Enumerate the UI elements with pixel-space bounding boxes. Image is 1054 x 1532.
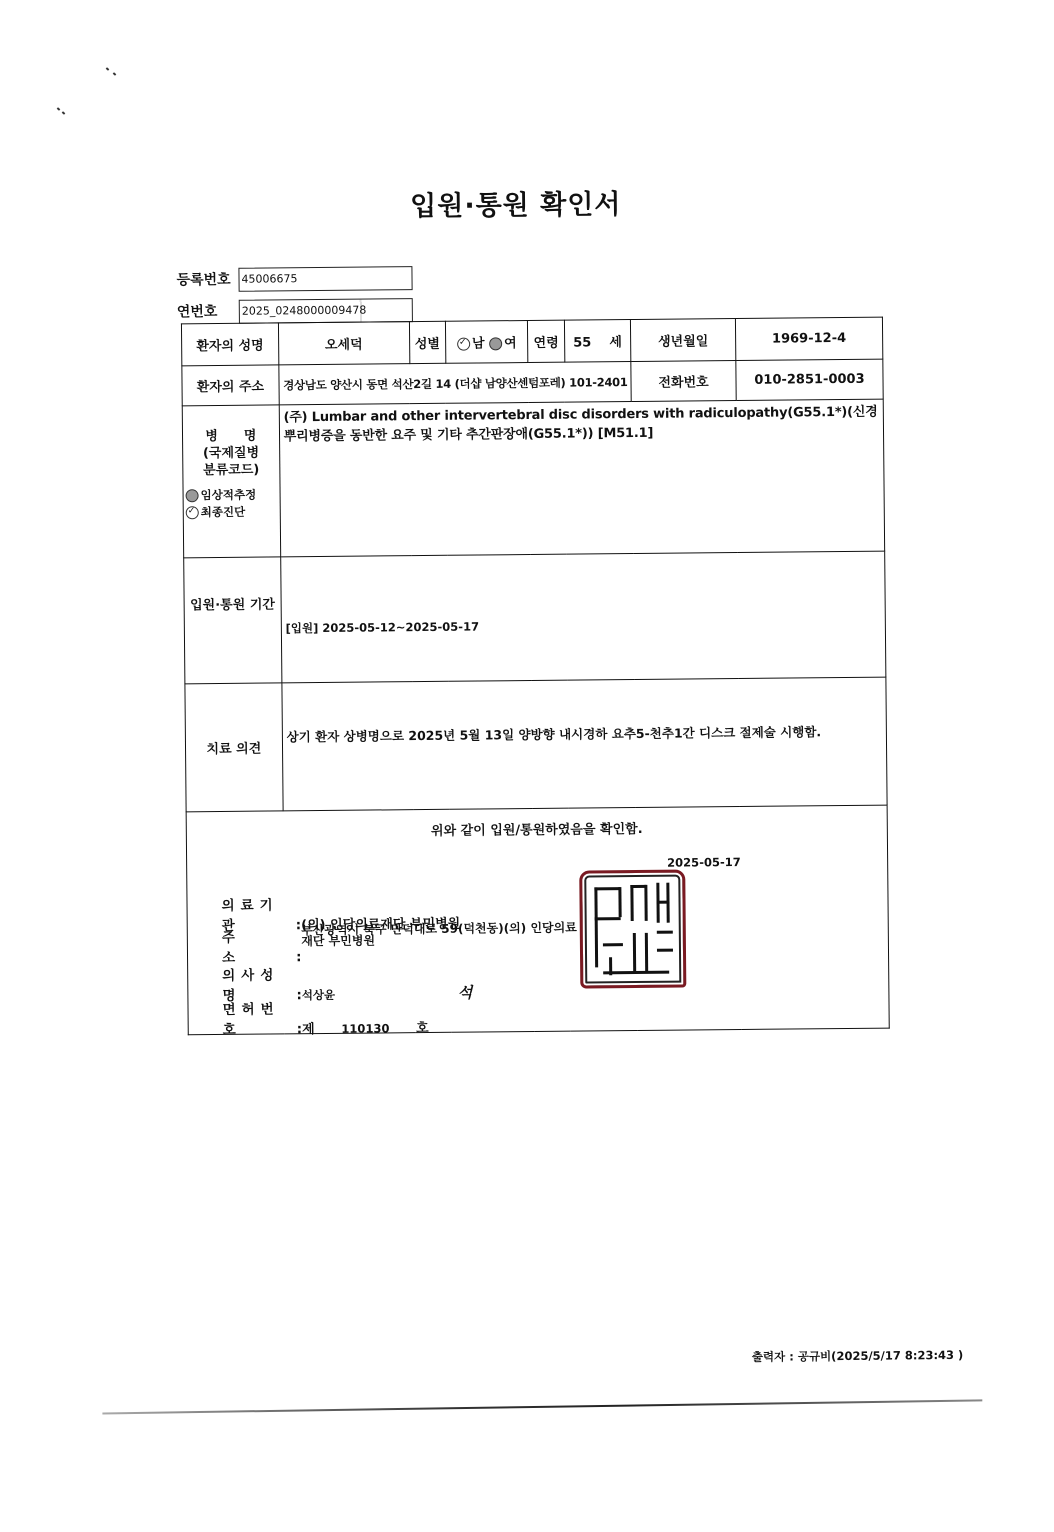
diagnosis-label-line3: 분류코드) — [187, 461, 275, 479]
patient-name-value: 오세덕 — [278, 322, 409, 365]
certificate-table: 환자의 성명 오세덕 성별 남 여 연령 55 세 생년월일 1969-12-4… — [181, 317, 890, 1036]
patient-address-value: 경상남도 양산시 동면 석산2길 14 (더샵 남양산센텀포레) 101-240… — [279, 362, 632, 405]
age-cell: 55 세 — [564, 320, 631, 363]
final-diagnosis-radio-checked-icon — [186, 506, 199, 519]
certification-section: 위와 같이 입원/통원하였음을 확인함. 2025-05-17 의료기관:(의)… — [186, 805, 889, 1035]
document-title: 입원·통원 확인서 — [0, 178, 1036, 227]
sex-male-label: 남 — [472, 336, 485, 351]
treatment-label: 치료 의견 — [185, 683, 283, 812]
age-value: 55 — [573, 335, 591, 350]
patient-name-label: 환자의 성명 — [181, 323, 278, 366]
diagnosis-label-cell: 병 명 (국제질병 분류코드) 임상적추정 최종진단 — [182, 405, 280, 558]
sex-options: 남 여 — [445, 321, 528, 364]
hospital-address-row: 주 소:부산광역시 북구 만덕대로 59(덕천동)(의) 인당의료재단 부민병원 — [222, 923, 582, 966]
serial-number-label: 연번호 — [177, 301, 239, 322]
phone-label: 전화번호 — [631, 361, 736, 402]
hospital-address-label: 주 소 — [222, 925, 296, 966]
hospital-seal-stamp — [579, 870, 686, 989]
license-number: 110130 — [341, 1021, 389, 1035]
registration-number-row: 등록번호45006675 — [176, 266, 412, 292]
age-unit: 세 — [609, 335, 622, 350]
issue-date: 2025-05-17 — [667, 855, 741, 870]
sex-male-radio-checked-icon — [457, 338, 470, 351]
clinical-estimate-label: 임상적추정 — [201, 488, 257, 503]
diagnosis-text: (주) Lumbar and other intervertebral disc… — [279, 399, 885, 557]
clinical-estimate-radio-icon — [186, 489, 199, 502]
scan-edge-line — [102, 1399, 982, 1414]
diagnosis-type-options: 임상적추정 최종진단 — [186, 486, 276, 521]
sex-female-label: 여 — [504, 336, 517, 351]
patient-address-label: 환자의 주소 — [182, 365, 279, 406]
treatment-value: 상기 환자 상병명으로 2025년 5월 13일 양방향 내시경하 요추5-천추… — [282, 677, 888, 811]
period-label: 입원·통원 기간 — [184, 557, 282, 684]
license-label: 면허번호 — [222, 997, 296, 1038]
document-page: 입원·통원 확인서 등록번호45006675 연번호2025_024800000… — [0, 0, 1054, 1532]
final-diagnosis-label: 최종진단 — [201, 505, 246, 519]
phone-value: 010-2851-0003 — [736, 359, 883, 400]
hospital-address-value: 부산광역시 북구 만덕대로 59(덕천동)(의) 인당의료재단 부민병원 — [301, 923, 581, 948]
dob-label: 생년월일 — [631, 319, 736, 362]
diagnosis-label-line1: 병 명 — [187, 427, 275, 445]
dob-value: 1969-12-4 — [735, 317, 883, 360]
doctor-signature: 석 — [458, 984, 473, 1002]
sex-label: 성별 — [409, 321, 446, 363]
diagnosis-label-line2: (국제질병 — [187, 444, 275, 462]
serial-number-row: 연번호2025_0248000009478 — [177, 298, 413, 324]
serial-number-value: 2025_0248000009478 — [239, 298, 413, 324]
registration-number-label: 등록번호 — [176, 269, 238, 290]
printed-by: 출력자 : 공규비(2025/5/17 8:23:43 ) — [752, 1347, 964, 1365]
age-label: 연령 — [528, 320, 565, 362]
registration-number-value: 45006675 — [238, 266, 412, 292]
certification-statement: 위와 같이 입원/통원하였음을 확인함. — [187, 816, 887, 842]
sex-female-radio-icon — [489, 337, 502, 350]
license-row: 면허번호:제 110130 호 — [222, 996, 428, 1038]
period-value: [입원] 2025-05-12~2025-05-17 — [280, 551, 885, 683]
license-prefix: 제 — [302, 1022, 315, 1037]
license-suffix: 호 — [416, 1021, 429, 1036]
